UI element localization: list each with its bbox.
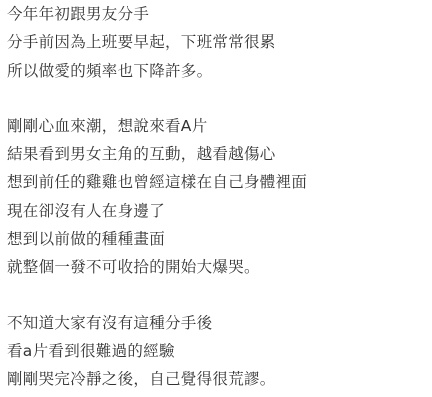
paragraph-1: 今年年初跟男友分手 分手前因為上班要早起，下班常常很累 所以做愛的頻率也下降許多… — [7, 0, 432, 85]
text-line: 所以做愛的頻率也下降許多。 — [7, 57, 432, 85]
text-line: 剛剛心血來潮，想說來看A片 — [7, 112, 432, 140]
paragraph-3: 不知道大家有沒有這種分手後 看a片看到很難過的經驗 剛剛哭完冷靜之後，自己覺得很… — [7, 309, 432, 394]
text-line: 想到前任的雞雞也曾經這樣在自己身體裡面 — [7, 168, 432, 196]
text-line: 結果看到男女主角的互動，越看越傷心 — [7, 140, 432, 168]
text-line: 剛剛哭完冷靜之後，自己覺得很荒謬。 — [7, 365, 432, 393]
text-line: 現在卻沒有人在身邊了 — [7, 197, 432, 225]
paragraph-2: 剛剛心血來潮，想說來看A片 結果看到男女主角的互動，越看越傷心 想到前任的雞雞也… — [7, 112, 432, 282]
text-line: 不知道大家有沒有這種分手後 — [7, 309, 432, 337]
text-line: 分手前因為上班要早起，下班常常很累 — [7, 28, 432, 56]
post-body: 今年年初跟男友分手 分手前因為上班要早起，下班常常很累 所以做愛的頻率也下降許多… — [0, 0, 432, 394]
text-line: 看a片看到很難過的經驗 — [7, 337, 432, 365]
text-line: 今年年初跟男友分手 — [7, 0, 432, 28]
text-line: 就整個一發不可收拾的開始大爆哭。 — [7, 253, 432, 281]
text-line: 想到以前做的種種畫面 — [7, 225, 432, 253]
